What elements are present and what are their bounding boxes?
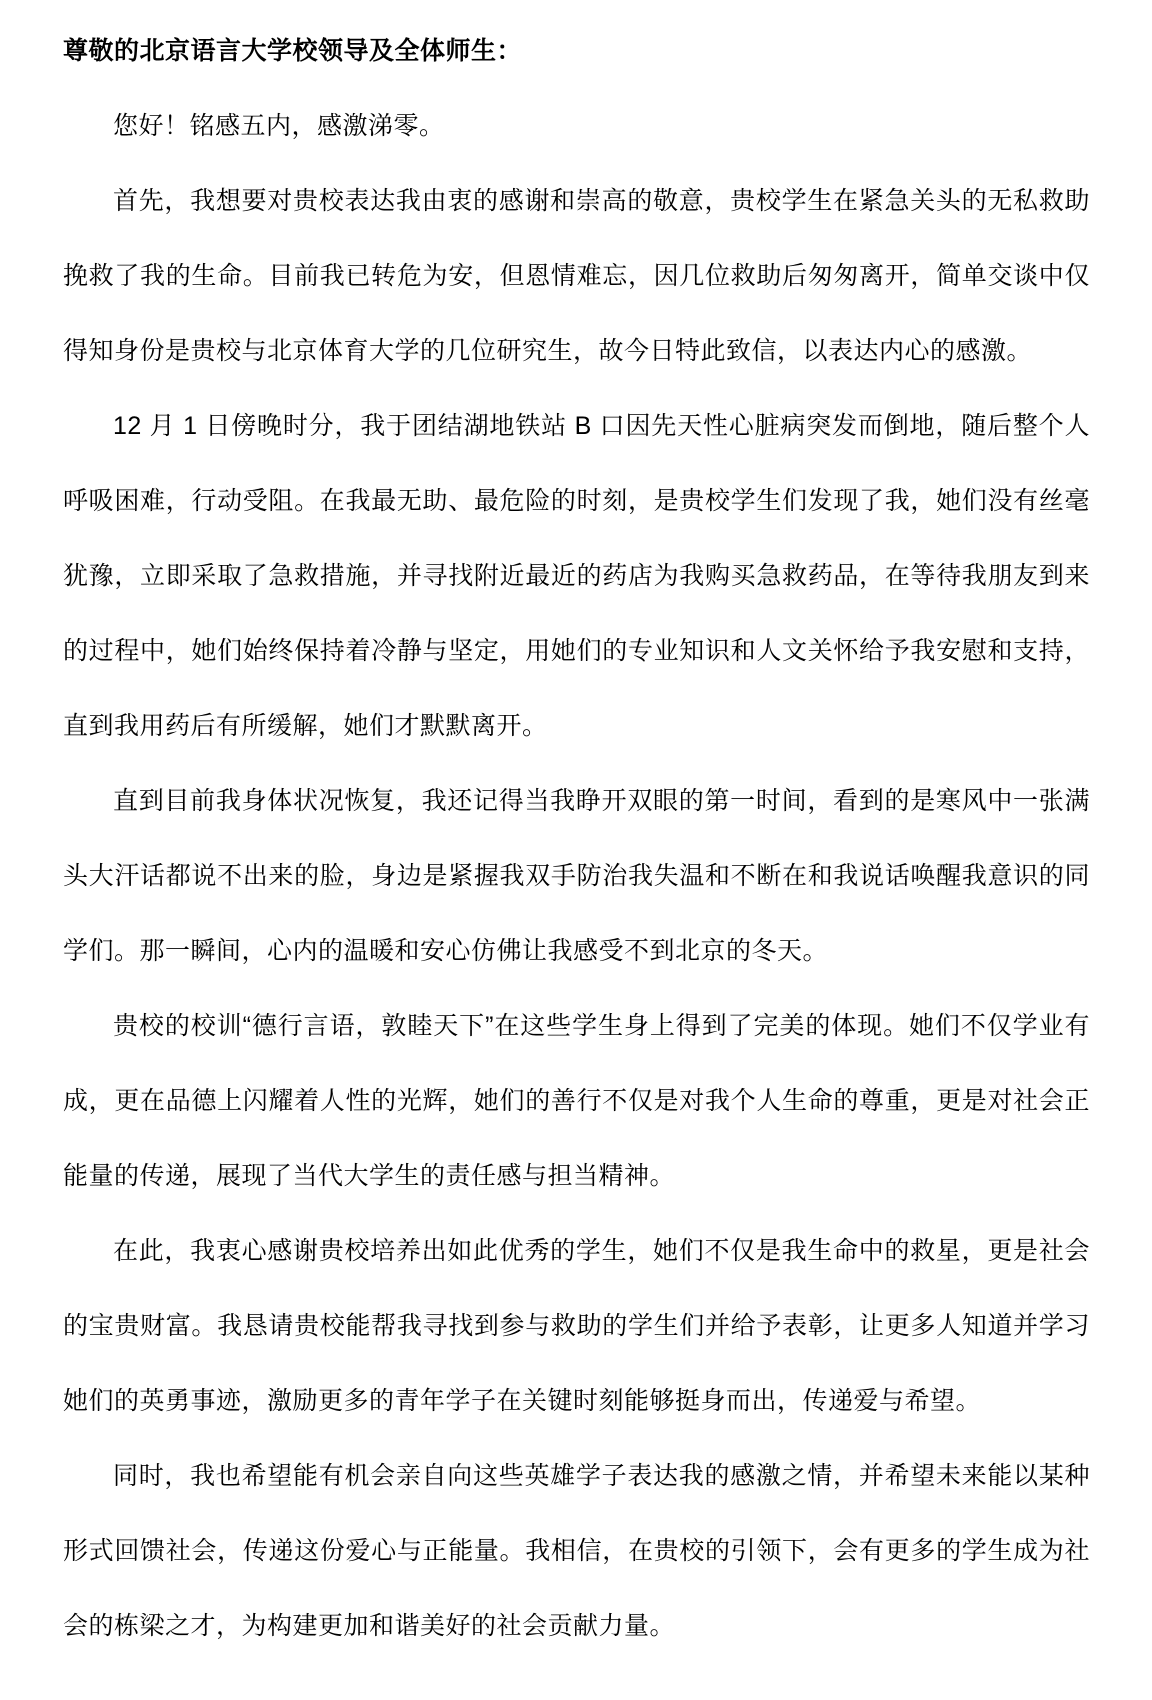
- letter-paragraph-wish: 同时，我也希望能有机会亲自向这些英雄学子表达我的感激之情，并希望未来能以某种形式…: [63, 1439, 1090, 1664]
- letter-paragraph-request: 在此，我衷心感谢贵校培养出如此优秀的学生，她们不仅是我生命中的救星，更是社会的宝…: [63, 1214, 1090, 1439]
- letter-paragraph-thanks: 首先，我想要对贵校表达我由衷的感谢和崇高的敬意，贵校学生在紧急关头的无私救助挽救…: [63, 164, 1090, 389]
- letter-paragraph-incident: 12 月 1 日傍晚时分，我于团结湖地铁站 B 口因先天性心脏病突发而倒地，随后…: [63, 389, 1090, 764]
- letter-paragraph-motto: 贵校的校训“德行言语，敦睦天下”在这些学生身上得到了完美的体现。她们不仅学业有成…: [63, 989, 1090, 1214]
- letter-paragraph-greeting: 您好！铭感五内，感激涕零。: [63, 89, 1090, 164]
- letter-salutation: 尊敬的北京语言大学校领导及全体师生：: [63, 14, 1090, 89]
- letter-document: 尊敬的北京语言大学校领导及全体师生： 您好！铭感五内，感激涕零。 首先，我想要对…: [0, 0, 1152, 1700]
- letter-paragraph-recovery: 直到目前我身体状况恢复，我还记得当我睁开双眼的第一时间，看到的是寒风中一张满头大…: [63, 764, 1090, 989]
